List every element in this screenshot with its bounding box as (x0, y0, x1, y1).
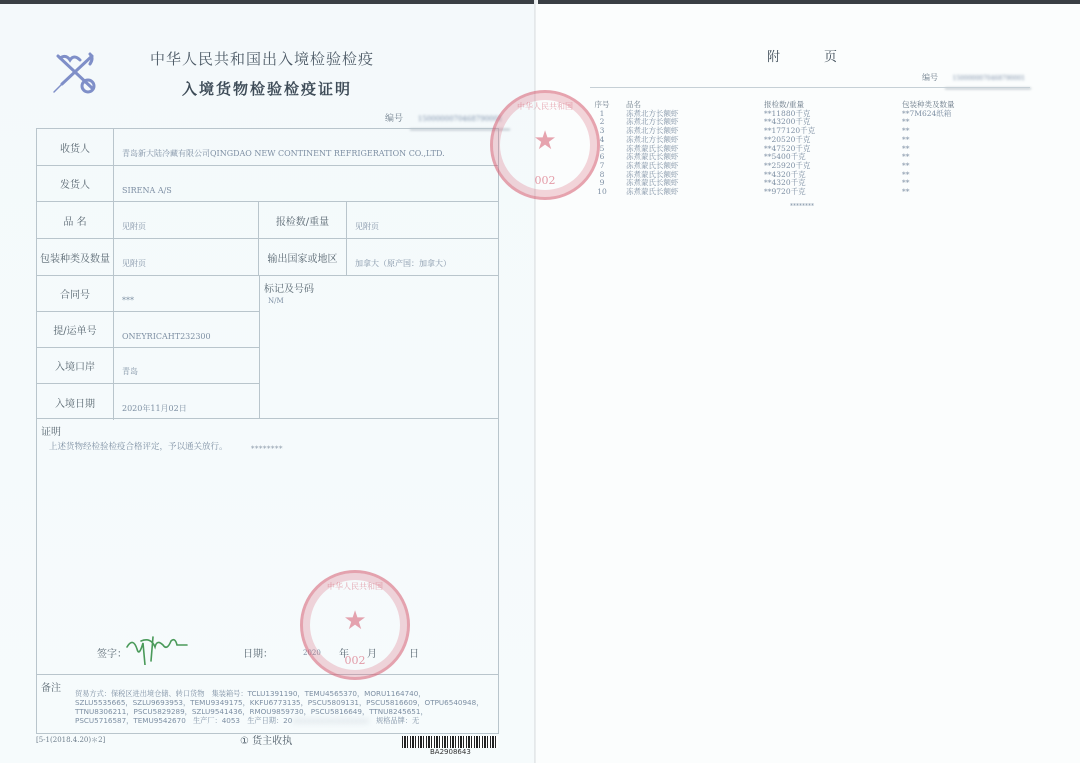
sign-date-day-label: 日 (409, 645, 419, 660)
entry-date-label: 入境日期 (37, 384, 114, 420)
serial-label: 编号 (922, 73, 938, 82)
redacted-text: xxxxxxxxxxxxxxxxxx (292, 716, 369, 725)
column-quantity: 报检数/重量**11880千克**43200千克**177120千克**2052… (764, 101, 815, 197)
table-cell: ** (902, 188, 955, 197)
remarks-line: SZLU5535665，SZLU9693953，TEMU9349175，KKFU… (75, 698, 493, 707)
column-packaging: 包装种类及数量**7M624纸箱****************** (902, 101, 955, 197)
ciq-emblem-icon (52, 48, 102, 96)
table-cell: **9720千克 (764, 188, 815, 197)
entry-date-value: 2020年11月02日 (114, 384, 259, 420)
row-consignor: 发货人 SIRENA A/S (37, 166, 498, 202)
product-value: 见附页 (114, 202, 259, 238)
contract-label: 合同号 (37, 276, 114, 311)
official-seal-icon: 中华人民共和国 ★ 002 (490, 90, 600, 200)
barcode-icon (402, 736, 498, 748)
quantity-label: 报检数/重量 (259, 202, 347, 238)
row-product: 品 名 见附页 报检数/重量 见附页 (37, 202, 498, 239)
remarks-line: 贸易方式：保税区进出境仓储、转口货物 集装箱号：TCLU1391190，TEMU… (75, 689, 493, 698)
remarks-label: 备注 (41, 679, 61, 694)
port-label: 入境口岸 (37, 348, 114, 383)
row-entry-date: 入境日期 2020年11月02日 (37, 384, 259, 420)
certification-stars: ******** (251, 445, 283, 453)
certificate-form: 收货人 青岛新大陆冷藏有限公司QINGDAO NEW CONTINENT REF… (36, 128, 499, 734)
row-consignee: 收货人 青岛新大陆冷藏有限公司QINGDAO NEW CONTINENT REF… (37, 129, 498, 166)
certification-label: 证明 (41, 423, 61, 438)
contract-value: *** (114, 276, 259, 311)
lower-block: 合同号 *** 提/运单号 ONEYRICAHT232300 入境口岸 青岛 入… (37, 276, 498, 419)
signature-mark (123, 627, 193, 665)
remarks-line: TTNU8306211，PSCU5829289，SZLU9541436，RMOU… (75, 707, 493, 716)
packaging-label: 包装种类及数量 (37, 239, 114, 275)
table-end-stars: ******** (790, 203, 814, 210)
authority-title: 中华人民共和国出入境检验检疫 (150, 48, 374, 69)
sign-date-label: 日期： (243, 645, 273, 660)
serial-label: 编号 (385, 114, 403, 124)
remarks-section: 备注 贸易方式：保税区进出境仓储、转口货物 集装箱号：TCLU1391190，T… (37, 675, 498, 733)
bill-label: 提/运单号 (37, 312, 114, 347)
origin-label: 输出国家或地区 (259, 239, 347, 275)
consignee-value: 青岛新大陆冷藏有限公司QINGDAO NEW CONTINENT REFRIGE… (114, 129, 498, 165)
row-packaging: 包装种类及数量 见附页 输出国家或地区 加拿大（原产国：加拿大） (37, 239, 498, 276)
table-cell: 10 (592, 188, 612, 197)
marks-section: 标记及号码 N/M (259, 276, 498, 418)
form-code: [5-1(2018.4.20)＊2] (36, 735, 105, 745)
product-label: 品 名 (37, 202, 114, 238)
copy-label: ① 货主收执 (240, 732, 292, 747)
quantity-value: 见附页 (347, 202, 498, 238)
official-seal-icon: 中华人民共和国 ★ 002 (300, 570, 410, 680)
consignor-value: SIRENA A/S (114, 166, 498, 201)
column-seq: 序号12345678910 (592, 101, 612, 197)
bill-value: ONEYRICAHT232300 (114, 312, 259, 347)
divider (590, 87, 1030, 88)
remarks-text: 贸易方式：保税区进出境仓储、转口货物 集装箱号：TCLU1391190，TEMU… (75, 689, 493, 725)
certification-section: 证明 上述货物经检验检疫合格评定，予以通关放行。 ******** 签字： 日期… (37, 419, 498, 675)
packaging-value: 见附页 (114, 239, 259, 275)
origin-value: 加拿大（原产国：加拿大） (347, 239, 498, 275)
attachment-title: 附页 (767, 46, 881, 65)
consignor-label: 发货人 (37, 166, 114, 201)
marks-value: N/M (268, 297, 284, 305)
table-cell: 冻煮蒙氏长额虾 (626, 188, 679, 197)
seal-number: 002 (493, 174, 597, 187)
consignee-label: 收货人 (37, 129, 114, 165)
marks-label: 标记及号码 (264, 280, 314, 295)
column-name: 品名冻煮北方长额虾冻煮北方长额虾冻煮北方长额虾冻煮北方长额虾冻煮蒙氏长额虾冻煮蒙… (626, 101, 679, 197)
barcode-number: BA2908643 (430, 748, 471, 756)
remarks-line: PSCU5716587，TEMU9542670 生产厂：4053 生产日期：20… (75, 716, 493, 725)
seal-number: 002 (303, 654, 407, 667)
row-bill: 提/运单号 ONEYRICAHT232300 (37, 312, 259, 348)
document-title: 入境货物检验检疫证明 (182, 78, 352, 99)
row-contract: 合同号 *** (37, 276, 259, 312)
row-port: 入境口岸 青岛 (37, 348, 259, 384)
certification-text: 上述货物经检验检疫合格评定，予以通关放行。 (49, 440, 228, 452)
port-value: 青岛 (114, 348, 259, 383)
